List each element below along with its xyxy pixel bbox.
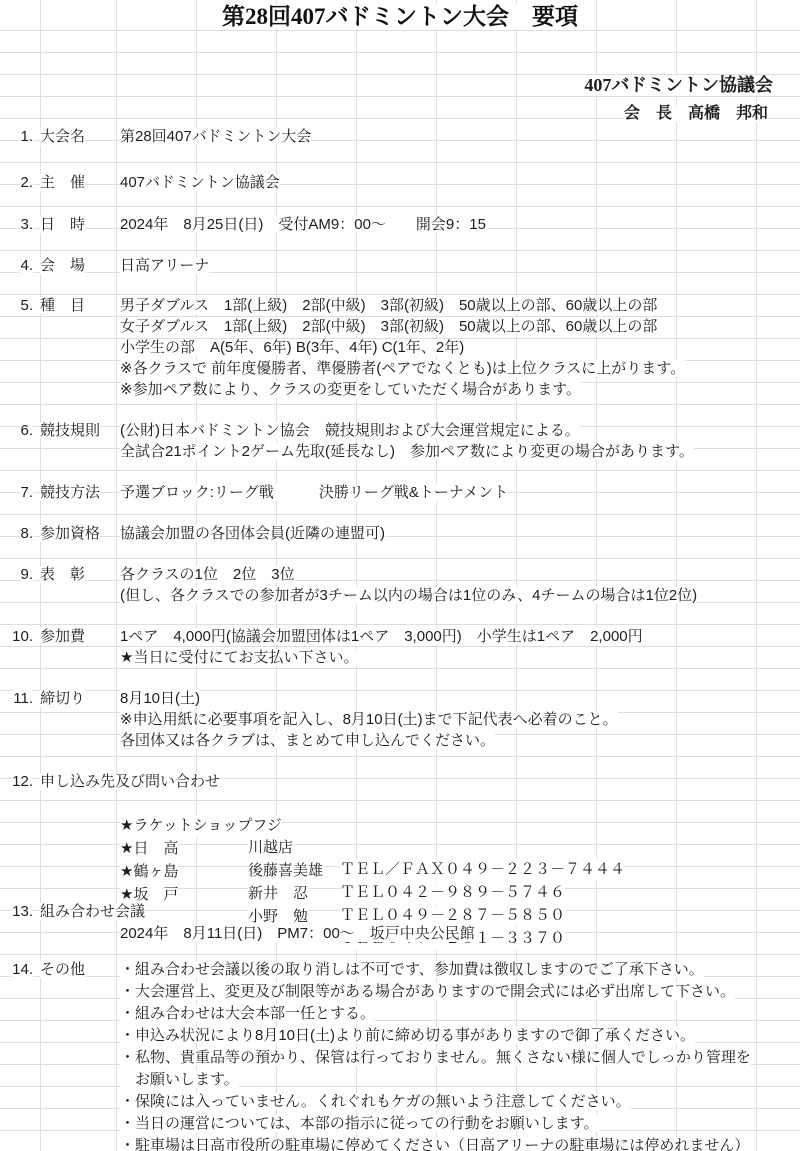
item-number: 13. [0, 901, 40, 923]
item-line: ・組み合わせは大会本部一任とする。 [120, 1003, 375, 1025]
item-row-2: 2. 主 催 407バドミントン協議会 [0, 172, 800, 194]
organization-name: 407バドミントン協議会 [584, 74, 773, 96]
president-name: 会 長 高橋 邦和 [624, 103, 768, 125]
item-line: ・駐車場は日高市役所の駐車場に停めてください（日高アリーナの駐車場には停めれませ… [120, 1135, 749, 1151]
item-line: ★当日に受付にてお支払い下さい。 [120, 647, 358, 669]
item-line: 407バドミントン協議会 [120, 172, 280, 194]
gridline-horizontal [0, 206, 800, 207]
gridline-horizontal [0, 404, 800, 405]
contact-row: ★ラケットショップフジ 川越店 ＴＥＬ／ＦＡＸ０４９－２２３－７４４４ [120, 793, 800, 815]
contact-row: ★鶴ヶ島 新井 忍 ＴＥＬ０４９－２８７－５８５０ [120, 839, 800, 861]
gridline-horizontal [0, 558, 800, 559]
item-line: ・当日の運営については、本部の指示に従っての行動をお願いします。 [120, 1113, 599, 1135]
gridline-horizontal [0, 52, 800, 53]
president-name-text: 会 長 高橋 邦和 [624, 105, 768, 122]
document-title: 第28回407バドミントン大会 要項 [0, 2, 800, 32]
item-line: 1ペア 4,000円(協議会加盟団体は1ペア 3,000円) 小学生は1ペア 2… [120, 626, 643, 648]
item-line: (但し、各クラスでの参加者が3チーム以内の場合は1位のみ、4チームの場合は1位2… [120, 585, 697, 607]
item-row-12: 12. 申し込み先及び問い合わせ [0, 771, 800, 793]
item-label: 申し込み先及び問い合わせ [40, 771, 220, 793]
item-row-8: 8. 参加資格 協議会加盟の各団体会員(近隣の連盟可) [0, 523, 800, 545]
item-number: 14. [0, 959, 40, 981]
item-line: ※申込用紙に必要事項を記入し、8月10日(土)まで下記代表へ必着のこと。 [120, 709, 618, 731]
item-line: 全試合21ポイント2ゲーム先取(延長なし) 参加ペア数により変更の場合があります… [120, 441, 694, 463]
item-number: 2. [0, 172, 40, 194]
gridline-horizontal [0, 96, 800, 97]
gridline-horizontal [0, 756, 800, 757]
item-line: (公財)日本バドミントン協会 競技規則および大会運営規定による。 [120, 420, 580, 442]
item-number: 1. [0, 126, 40, 148]
item-number: 5. [0, 295, 40, 317]
item-line: ・申込み状況により8月10日(土)より前に締め切る事がありますので御了承ください… [120, 1025, 695, 1047]
item-row-3: 3. 日 時 2024年 8月25日(日) 受付AM9：00～ 開会9：15 [0, 214, 800, 236]
item-line: 日高アリーナ [120, 255, 209, 277]
item-number: 6. [0, 420, 40, 442]
item-line: 2024年 8月25日(日) 受付AM9：00～ 開会9：15 [120, 214, 486, 236]
item-number: 10. [0, 626, 40, 648]
item-line: 協議会加盟の各団体会員(近隣の連盟可) [120, 523, 385, 545]
item-label: 競技方法 [40, 482, 120, 504]
item-line: 女子ダブルス 1部(上級) 2部(中級) 3部(初級) 50歳以上の部、60歳以… [120, 316, 657, 338]
item-label: その他 [40, 959, 120, 981]
item-line: 8月10日(土) [120, 688, 200, 710]
item-number: 8. [0, 523, 40, 545]
item-row-5: 5. 種 目 男子ダブルス 1部(上級) 2部(中級) 3部(初級) 50歳以上… [0, 295, 800, 317]
item-label: 会 場 [40, 255, 120, 277]
gridline-horizontal [0, 514, 800, 515]
gridline-horizontal [0, 162, 800, 163]
item-row-11: 11. 締切り 8月10日(土) [0, 688, 800, 710]
item-line: 小学生の部 A(5年、6年) B(3年、4年) C(1年、2年) [120, 337, 464, 359]
document-page: 第28回407バドミントン大会 要項 407バドミントン協議会 会 長 高橋 邦… [0, 0, 800, 1151]
item-number: 3. [0, 214, 40, 236]
item-row-13: 13. 組み合わせ会議 [0, 901, 800, 923]
item-row-14: 14. その他 ・組み合わせ会議以後の取り消しは不可です、参加費は徴収しますので… [0, 959, 800, 981]
contact-row: ★日 高 後藤喜美雄 ＴＥＬ０４２－９８９－５７４６ [120, 816, 800, 838]
item-line: 各団体又は各クラブは、まとめて申し込んでください。 [120, 730, 495, 752]
item-line: 各クラスの1位 2位 3位 [120, 564, 295, 586]
item-number: 7. [0, 482, 40, 504]
item-label: 参加資格 [40, 523, 120, 545]
document-title-text: 第28回407バドミントン大会 要項 [222, 4, 578, 29]
item-line: 予選ブロック:リーグ戦 決勝リーグ戦&トーナメント [120, 482, 508, 504]
item-label: 日 時 [40, 214, 120, 236]
item-line: 男子ダブルス 1部(上級) 2部(中級) 3部(初級) 50歳以上の部、60歳以… [120, 295, 657, 317]
item-line: 第28回407バドミントン大会 [120, 126, 311, 148]
item-line: 2024年 8月11日(日) PM7：00～ 坂戸中央公民館 [120, 923, 475, 945]
item-line: お願いします。 [120, 1069, 239, 1091]
gridline-horizontal [0, 250, 800, 251]
item-label: 競技規則 [40, 420, 120, 442]
item-label: 種 目 [40, 295, 120, 317]
contact-row: ★坂 戸 小野 勉 ＴＥＬ０４９－２８１－３３７０ [120, 862, 800, 884]
item-row-6: 6. 競技規則 (公財)日本バドミントン協会 競技規則および大会運営規定による。 [0, 420, 800, 442]
gridline-horizontal [0, 470, 800, 471]
item-row-10: 10. 参加費 1ペア 4,000円(協議会加盟団体は1ペア 3,000円) 小… [0, 626, 800, 648]
item-row-1: 1. 大会名 第28回407バドミントン大会 [0, 126, 800, 148]
item-label: 組み合わせ会議 [40, 901, 145, 923]
item-number: 11. [0, 688, 40, 710]
item-line: ・保険には入っていません。くれぐれもケガの無いよう注意してください。 [120, 1091, 631, 1113]
item-label: 主 催 [40, 172, 120, 194]
item-label: 大会名 [40, 126, 120, 148]
item-number: 9. [0, 564, 40, 586]
item-number: 4. [0, 255, 40, 277]
item-line: ※各クラスで 前年度優勝者、準優勝者(ペアでなくとも)は上位クラスに上がります。 [120, 358, 685, 380]
item-line: ※参加ペア数により、クラスの変更をしていただく場合があります。 [120, 379, 581, 401]
item-line: ・組み合わせ会議以後の取り消しは不可です、参加費は徴収しますのでご了承下さい。 [120, 959, 704, 981]
item-row-4: 4. 会 場 日高アリーナ [0, 255, 800, 277]
item-label: 締切り [40, 688, 120, 710]
item-label: 表 彰 [40, 564, 120, 586]
item-label: 参加費 [40, 626, 120, 648]
organization-name-text: 407バドミントン協議会 [584, 75, 773, 95]
gridline-horizontal [0, 624, 800, 625]
item-line: ・大会運営上、変更及び制限等がある場合がありますので開会式には必ず出席して下さい… [120, 981, 735, 1003]
item-number: 12. [0, 771, 40, 793]
item-row-7: 7. 競技方法 予選ブロック:リーグ戦 決勝リーグ戦&トーナメント [0, 482, 800, 504]
item-line: ・私物、貴重品等の預かり、保管は行っておりません。無くさない様に個人でしっかり管… [120, 1047, 751, 1069]
item-row-9: 9. 表 彰 各クラスの1位 2位 3位 [0, 564, 800, 586]
